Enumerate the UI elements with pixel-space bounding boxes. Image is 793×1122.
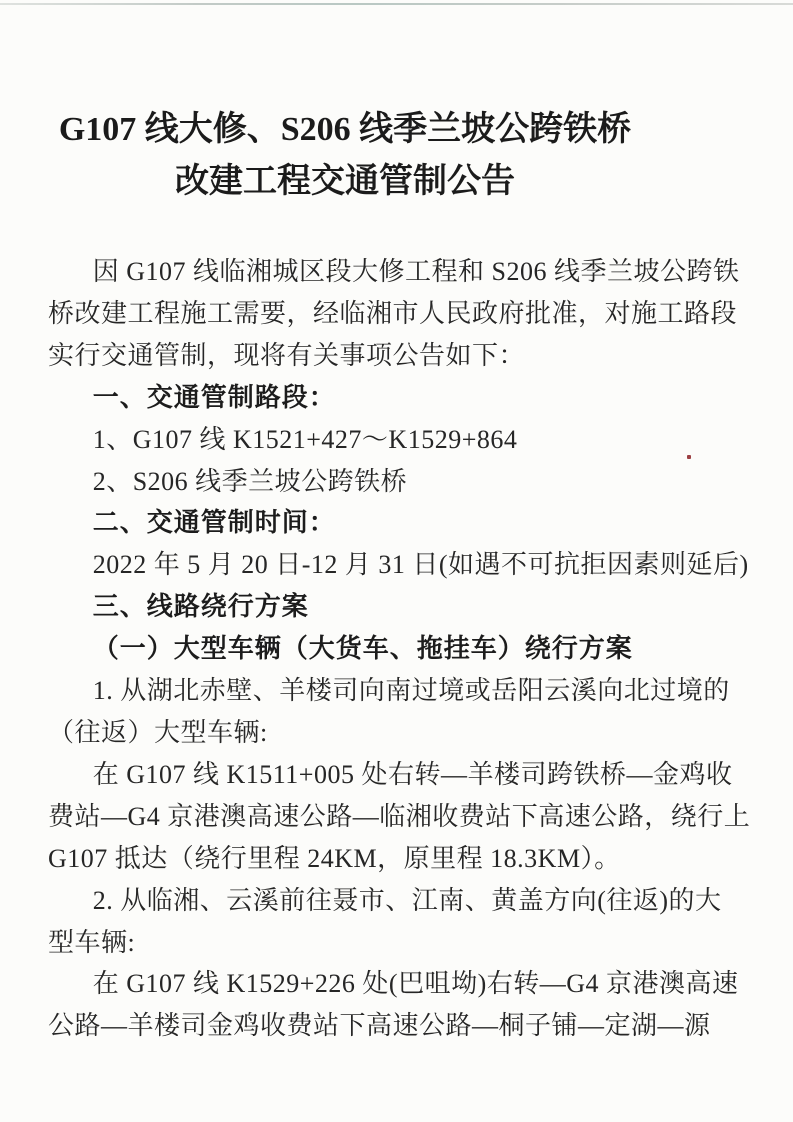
control-period-dates-line: 2022 年 5 月 20 日-12 月 31 日(如遇不可抗拒因素则延后): [48, 544, 758, 586]
detour-paragraph-1-line-1: 1. 从湖北赤壁、羊楼司向南过境或岳阳云溪向北过境的: [48, 670, 758, 712]
detour-paragraph-2-line-2: 型车辆:: [48, 922, 758, 964]
scan-edge-line: [0, 3, 793, 5]
detour-route-1-line-3: G107 抵达（绕行里程 24KM，原里程 18.3KM）。: [48, 838, 758, 880]
heading-subsection-large-vehicles: （一）大型车辆（大货车、拖挂车）绕行方案: [48, 628, 758, 670]
detour-route-1-line-2: 费站—G4 京港澳高速公路—临湘收费站下高速公路，绕行上: [48, 796, 758, 838]
paragraph-intro-line-3: 实行交通管制，现将有关事项公告如下：: [48, 335, 758, 377]
document-page: G107 线大修、S206 线季兰坡公跨铁桥 改建工程交通管制公告 因 G107…: [0, 0, 793, 1122]
paragraph-intro-line-2: 桥改建工程施工需要，经临湘市人民政府批准，对施工路段: [48, 293, 758, 335]
detour-paragraph-1-line-2: （往返）大型车辆:: [48, 712, 758, 754]
list-item-road-segment-2: 2、S206 线季兰坡公跨铁桥: [48, 461, 758, 503]
detour-paragraph-2-line-1: 2. 从临湘、云溪前往聂市、江南、黄盖方向(往返)的大: [48, 880, 758, 922]
heading-section-2-control-period: 二、交通管制时间：: [48, 502, 758, 544]
paragraph-intro-line-1: 因 G107 线临湘城区段大修工程和 S206 线季兰坡公跨铁: [48, 251, 758, 293]
scan-artifact-dot: [687, 455, 691, 459]
detour-route-2-line-1: 在 G107 线 K1529+226 处(巴咀坳)右转—G4 京港澳高速: [48, 963, 758, 1005]
document-title-line-1: G107 线大修、S206 线季兰坡公跨铁桥: [0, 104, 690, 156]
document-body: 因 G107 线临湘城区段大修工程和 S206 线季兰坡公跨铁 桥改建工程施工需…: [48, 251, 758, 1047]
detour-route-2-line-2: 公路—羊楼司金鸡收费站下高速公路—桐子铺—定湖—源: [48, 1005, 758, 1047]
document-title: G107 线大修、S206 线季兰坡公跨铁桥 改建工程交通管制公告: [0, 0, 690, 208]
list-item-road-segment-1: 1、G107 线 K1521+427～K1529+864: [48, 419, 758, 461]
heading-section-1-control-roads: 一、交通管制路段：: [48, 377, 758, 419]
detour-route-1-line-1: 在 G107 线 K1511+005 处右转—羊楼司跨铁桥—金鸡收: [48, 754, 758, 796]
heading-section-3-detour-plan: 三、线路绕行方案: [48, 586, 758, 628]
document-title-line-2: 改建工程交通管制公告: [0, 156, 690, 208]
